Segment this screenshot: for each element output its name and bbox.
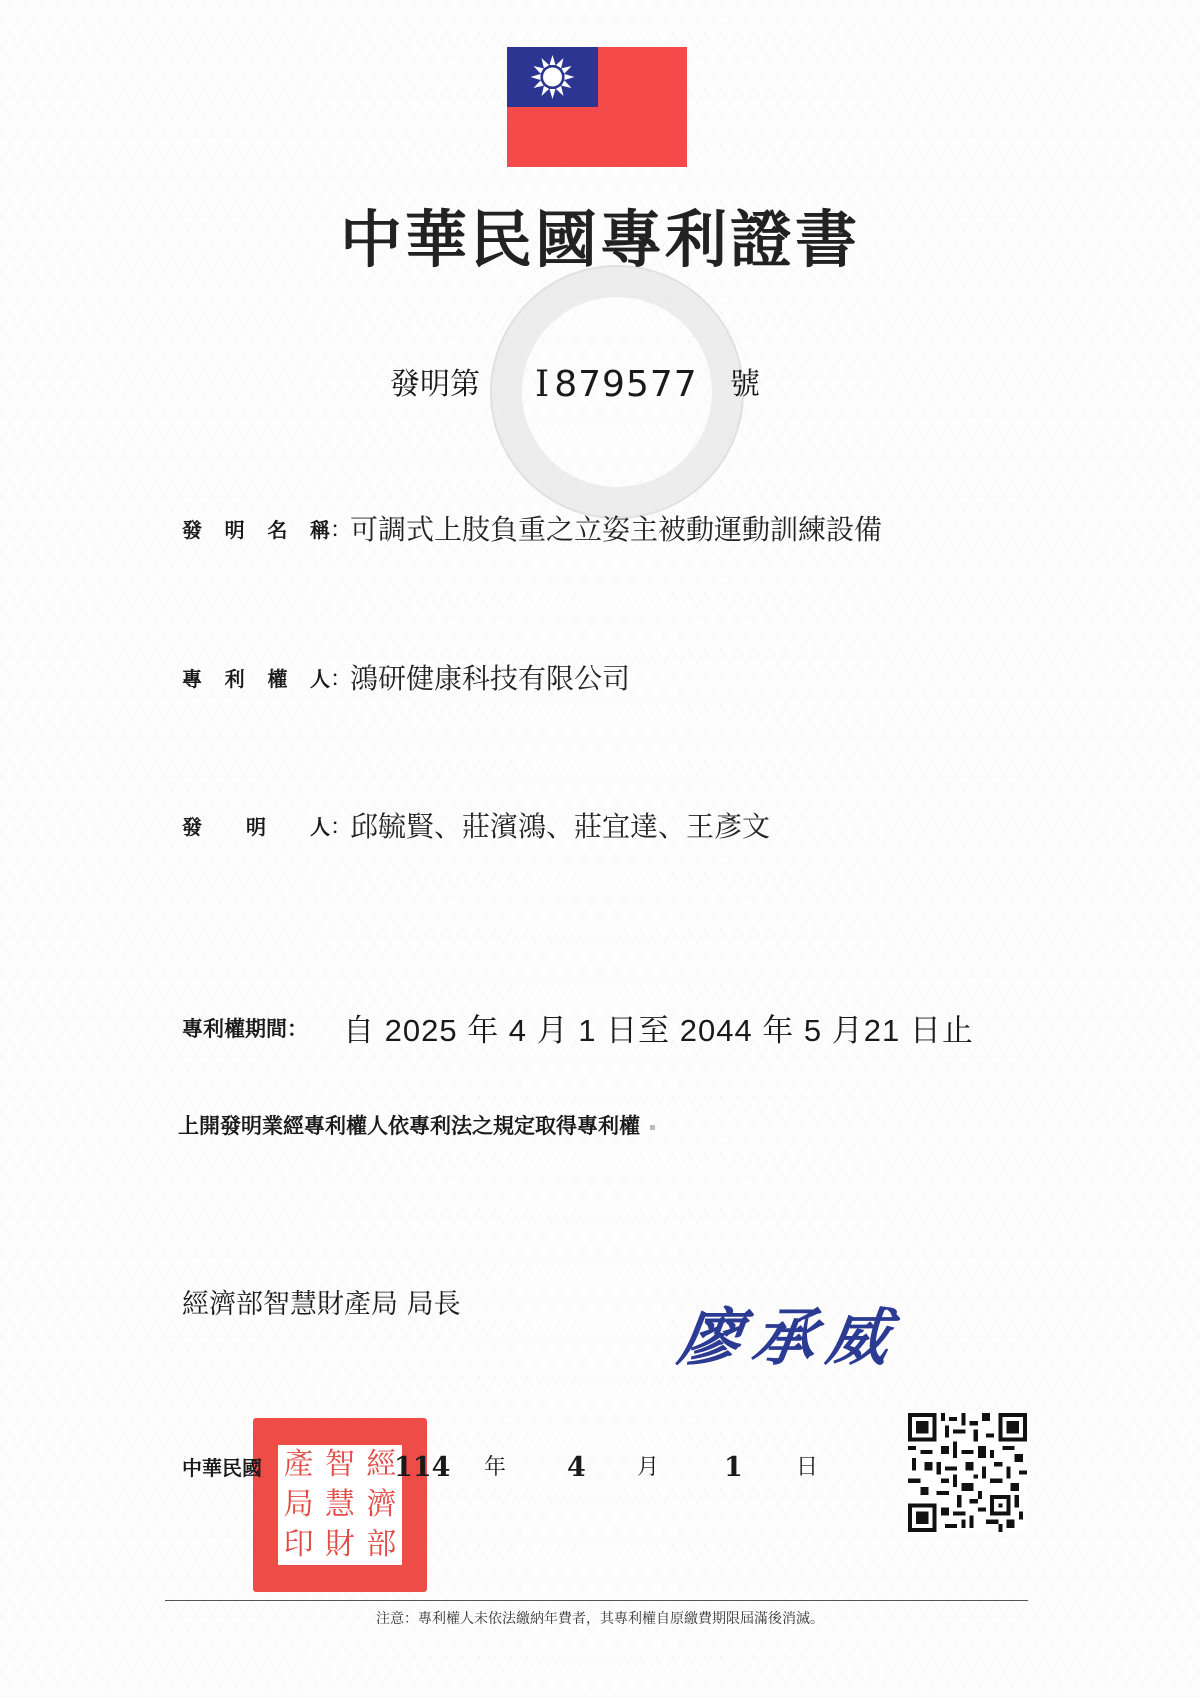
label-char: 專 bbox=[182, 663, 202, 692]
seal-char: 局 bbox=[278, 1485, 319, 1525]
official-red-seal: 產 智 經 局 慧 濟 印 財 部 bbox=[253, 1418, 427, 1592]
label-char: 稱 bbox=[310, 514, 330, 543]
patent-number-digits: 879577 bbox=[554, 364, 697, 405]
patent-number-suffix: 號 bbox=[730, 365, 760, 405]
qr-code-icon bbox=[908, 1413, 1027, 1532]
qr-code[interactable] bbox=[908, 1413, 1027, 1532]
seal-char: 印 bbox=[278, 1525, 319, 1565]
issue-date-era: 中華民國 bbox=[182, 1450, 262, 1486]
issue-date-month-unit: 月 bbox=[637, 1450, 659, 1486]
patent-number-roman: I bbox=[535, 364, 550, 405]
label-char: 人 bbox=[310, 663, 330, 692]
label-char: 權 bbox=[267, 663, 287, 692]
seal-char: 部 bbox=[361, 1525, 402, 1565]
certificate-title: 中華民國專利證書 bbox=[0, 205, 1200, 275]
field-value: 鴻研健康科技有限公司 bbox=[350, 657, 630, 697]
issue-date-year: 114 bbox=[394, 1450, 450, 1486]
seal-char: 慧 bbox=[319, 1485, 360, 1525]
field-value: 可調式上肢負重之立姿主被動運動訓練設備 bbox=[350, 508, 882, 548]
issue-date-day: 1 bbox=[724, 1450, 743, 1486]
roc-flag bbox=[507, 47, 687, 167]
field-inventors: 發 明 人 ： 邱毓賢、莊濱鴻、莊宜達、王彥文 bbox=[182, 805, 770, 845]
issue-date-year-unit: 年 bbox=[484, 1450, 506, 1486]
label-char: 明 bbox=[246, 811, 266, 840]
field-colon: ： bbox=[330, 662, 350, 693]
issue-date-day-unit: 日 bbox=[796, 1450, 818, 1486]
issue-date-month: 4 bbox=[567, 1450, 586, 1486]
label-char: 發 bbox=[182, 811, 202, 840]
patent-term-value: 自 2025 年 4 月 1 日至 2044 年 5 月21 日止 bbox=[343, 1005, 974, 1050]
issuer-title: 經濟部智慧財產局 局長 bbox=[182, 1282, 461, 1321]
patent-number-line: 發明第 I879577 號 bbox=[390, 365, 480, 405]
field-label: 發 明 名 稱 bbox=[182, 514, 330, 543]
footer-note: 注意：專利權人未依法繳納年費者，其專利權自原繳費期限屆滿後消滅。 bbox=[0, 1608, 1200, 1628]
label-char: 人 bbox=[310, 811, 330, 840]
field-colon: ： bbox=[330, 513, 350, 544]
field-colon: ： bbox=[330, 810, 350, 841]
label-char: 利 bbox=[225, 663, 245, 692]
grant-statement: 上開發明業經專利權人依專利法之規定取得專利權 bbox=[178, 1110, 655, 1140]
seal-char: 濟 bbox=[361, 1485, 402, 1525]
patent-term-label: 專利權期間： bbox=[182, 1013, 343, 1043]
label-char: 名 bbox=[267, 514, 287, 543]
patent-number: I879577 bbox=[535, 365, 698, 405]
label-char: 發 bbox=[182, 514, 202, 543]
label-char: 明 bbox=[225, 514, 245, 543]
patent-number-prefix: 發明第 bbox=[390, 367, 480, 402]
field-patentee: 專 利 權 人 ： 鴻研健康科技有限公司 bbox=[182, 657, 630, 697]
field-label: 發 明 人 bbox=[182, 811, 330, 840]
patent-term: 專利權期間： 自 2025 年 4 月 1 日至 2044 年 5 月21 日止 bbox=[182, 1005, 974, 1050]
white-sun-icon bbox=[507, 47, 598, 107]
field-value: 邱毓賢、莊濱鴻、莊宜達、王彥文 bbox=[350, 805, 770, 845]
seal-char: 財 bbox=[319, 1525, 360, 1565]
field-label: 專 利 權 人 bbox=[182, 663, 330, 692]
footer-divider bbox=[165, 1600, 1028, 1601]
field-invention-title: 發 明 名 稱 ： 可調式上肢負重之立姿主被動運動訓練設備 bbox=[182, 508, 882, 548]
issue-date: 中華民國 114 年 4 月 1 日 bbox=[182, 1450, 832, 1486]
director-signature: 廖承威 bbox=[674, 1288, 909, 1377]
grant-statement-text: 上開發明業經專利權人依專利法之規定取得專利權 bbox=[178, 1114, 640, 1138]
period-mark bbox=[650, 1125, 655, 1130]
